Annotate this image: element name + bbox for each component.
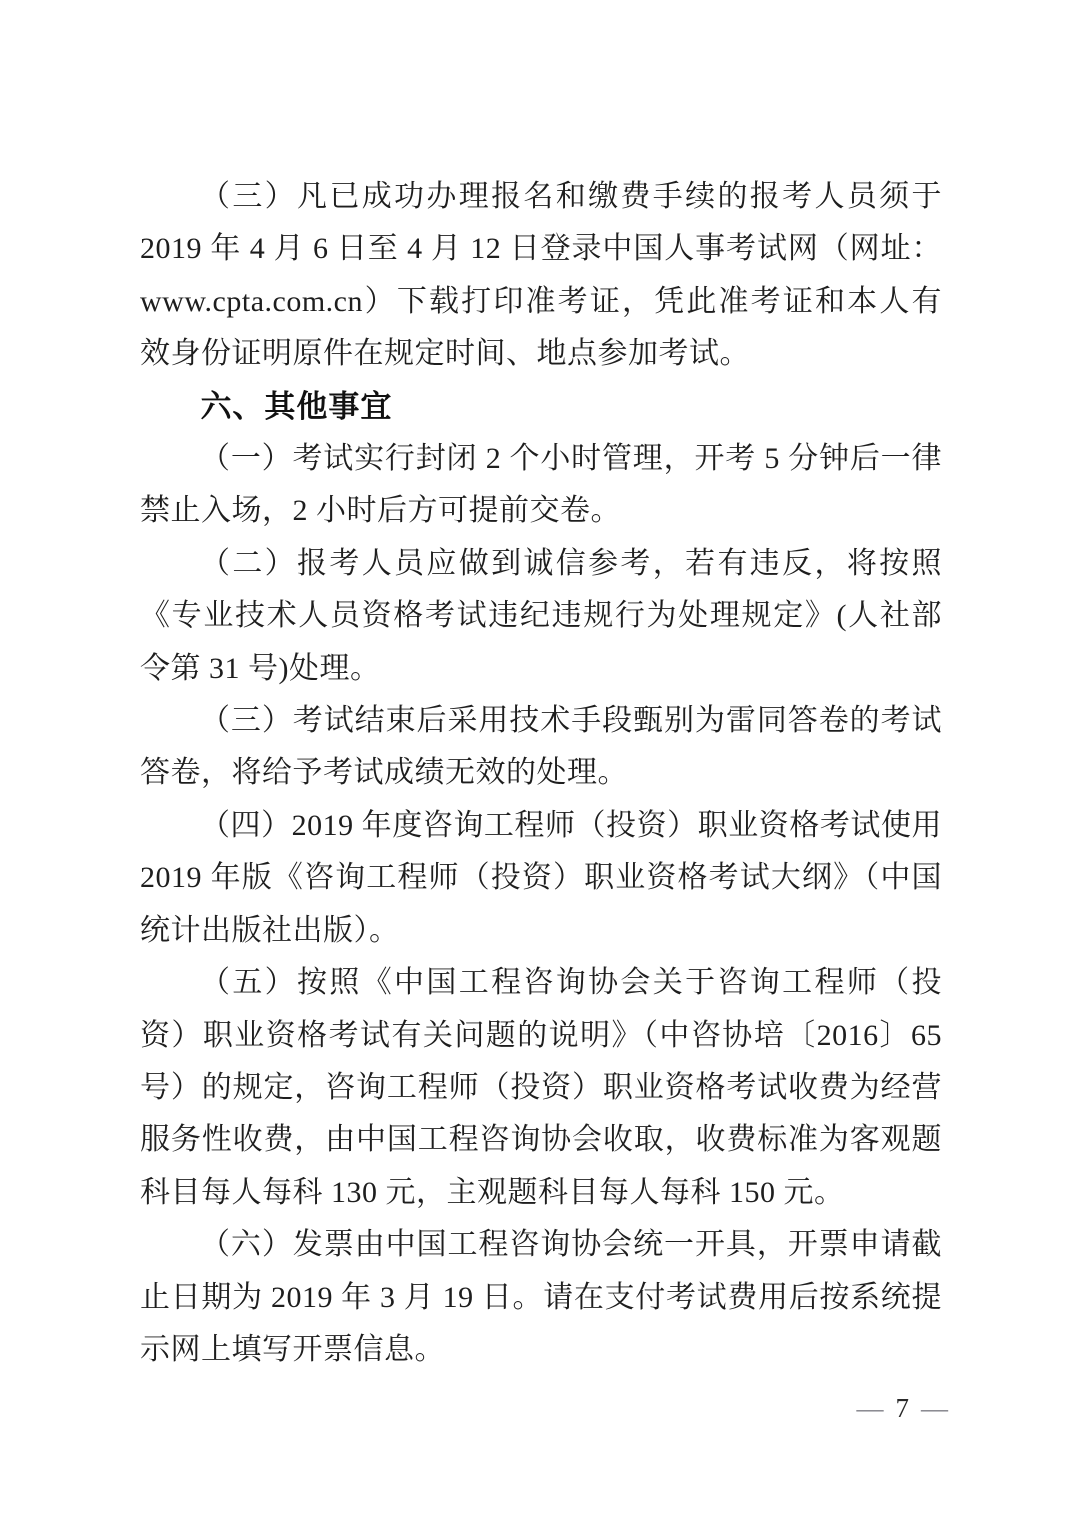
paragraph-admission-ticket: （三）凡已成功办理报名和缴费手续的报考人员须于 2019 年 4 月 6 日至 … [140,171,942,381]
page-number-left-dash: — [857,1393,884,1423]
paragraph-other-item-6: （六）发票由中国工程咨询协会统一开具，开票申请截止日期为 2019 年 3 月 … [140,1219,942,1376]
document-content: （三）凡已成功办理报名和缴费手续的报考人员须于 2019 年 4 月 6 日至 … [140,171,942,1376]
page-number-right-dash: — [921,1393,948,1423]
paragraph-other-item-1: （一）考试实行封闭 2 个小时管理，开考 5 分钟后一律禁止入场，2 小时后方可… [140,433,942,538]
scanned-document-page: （三）凡已成功办理报名和缴费手续的报考人员须于 2019 年 4 月 6 日至 … [0,0,1080,1527]
section-heading-other-matters: 六、其他事宜 [140,381,942,433]
paragraph-other-item-3: （三）考试结束后采用技术手段甄别为雷同答卷的考试答卷，将给予考试成绩无效的处理。 [140,695,942,800]
paragraph-other-item-4: （四）2019 年度咨询工程师（投资）职业资格考试使用 2019 年版《咨询工程… [140,800,942,957]
page-number-value: 7 [896,1393,910,1423]
paragraph-other-item-2: （二）报考人员应做到诚信参考，若有违反，将按照《专业技术人员资格考试违纪违规行为… [140,538,942,695]
page-number: —7— [857,1392,949,1424]
paragraph-other-item-5: （五）按照《中国工程咨询协会关于咨询工程师（投资）职业资格考试有关问题的说明》（… [140,957,942,1219]
